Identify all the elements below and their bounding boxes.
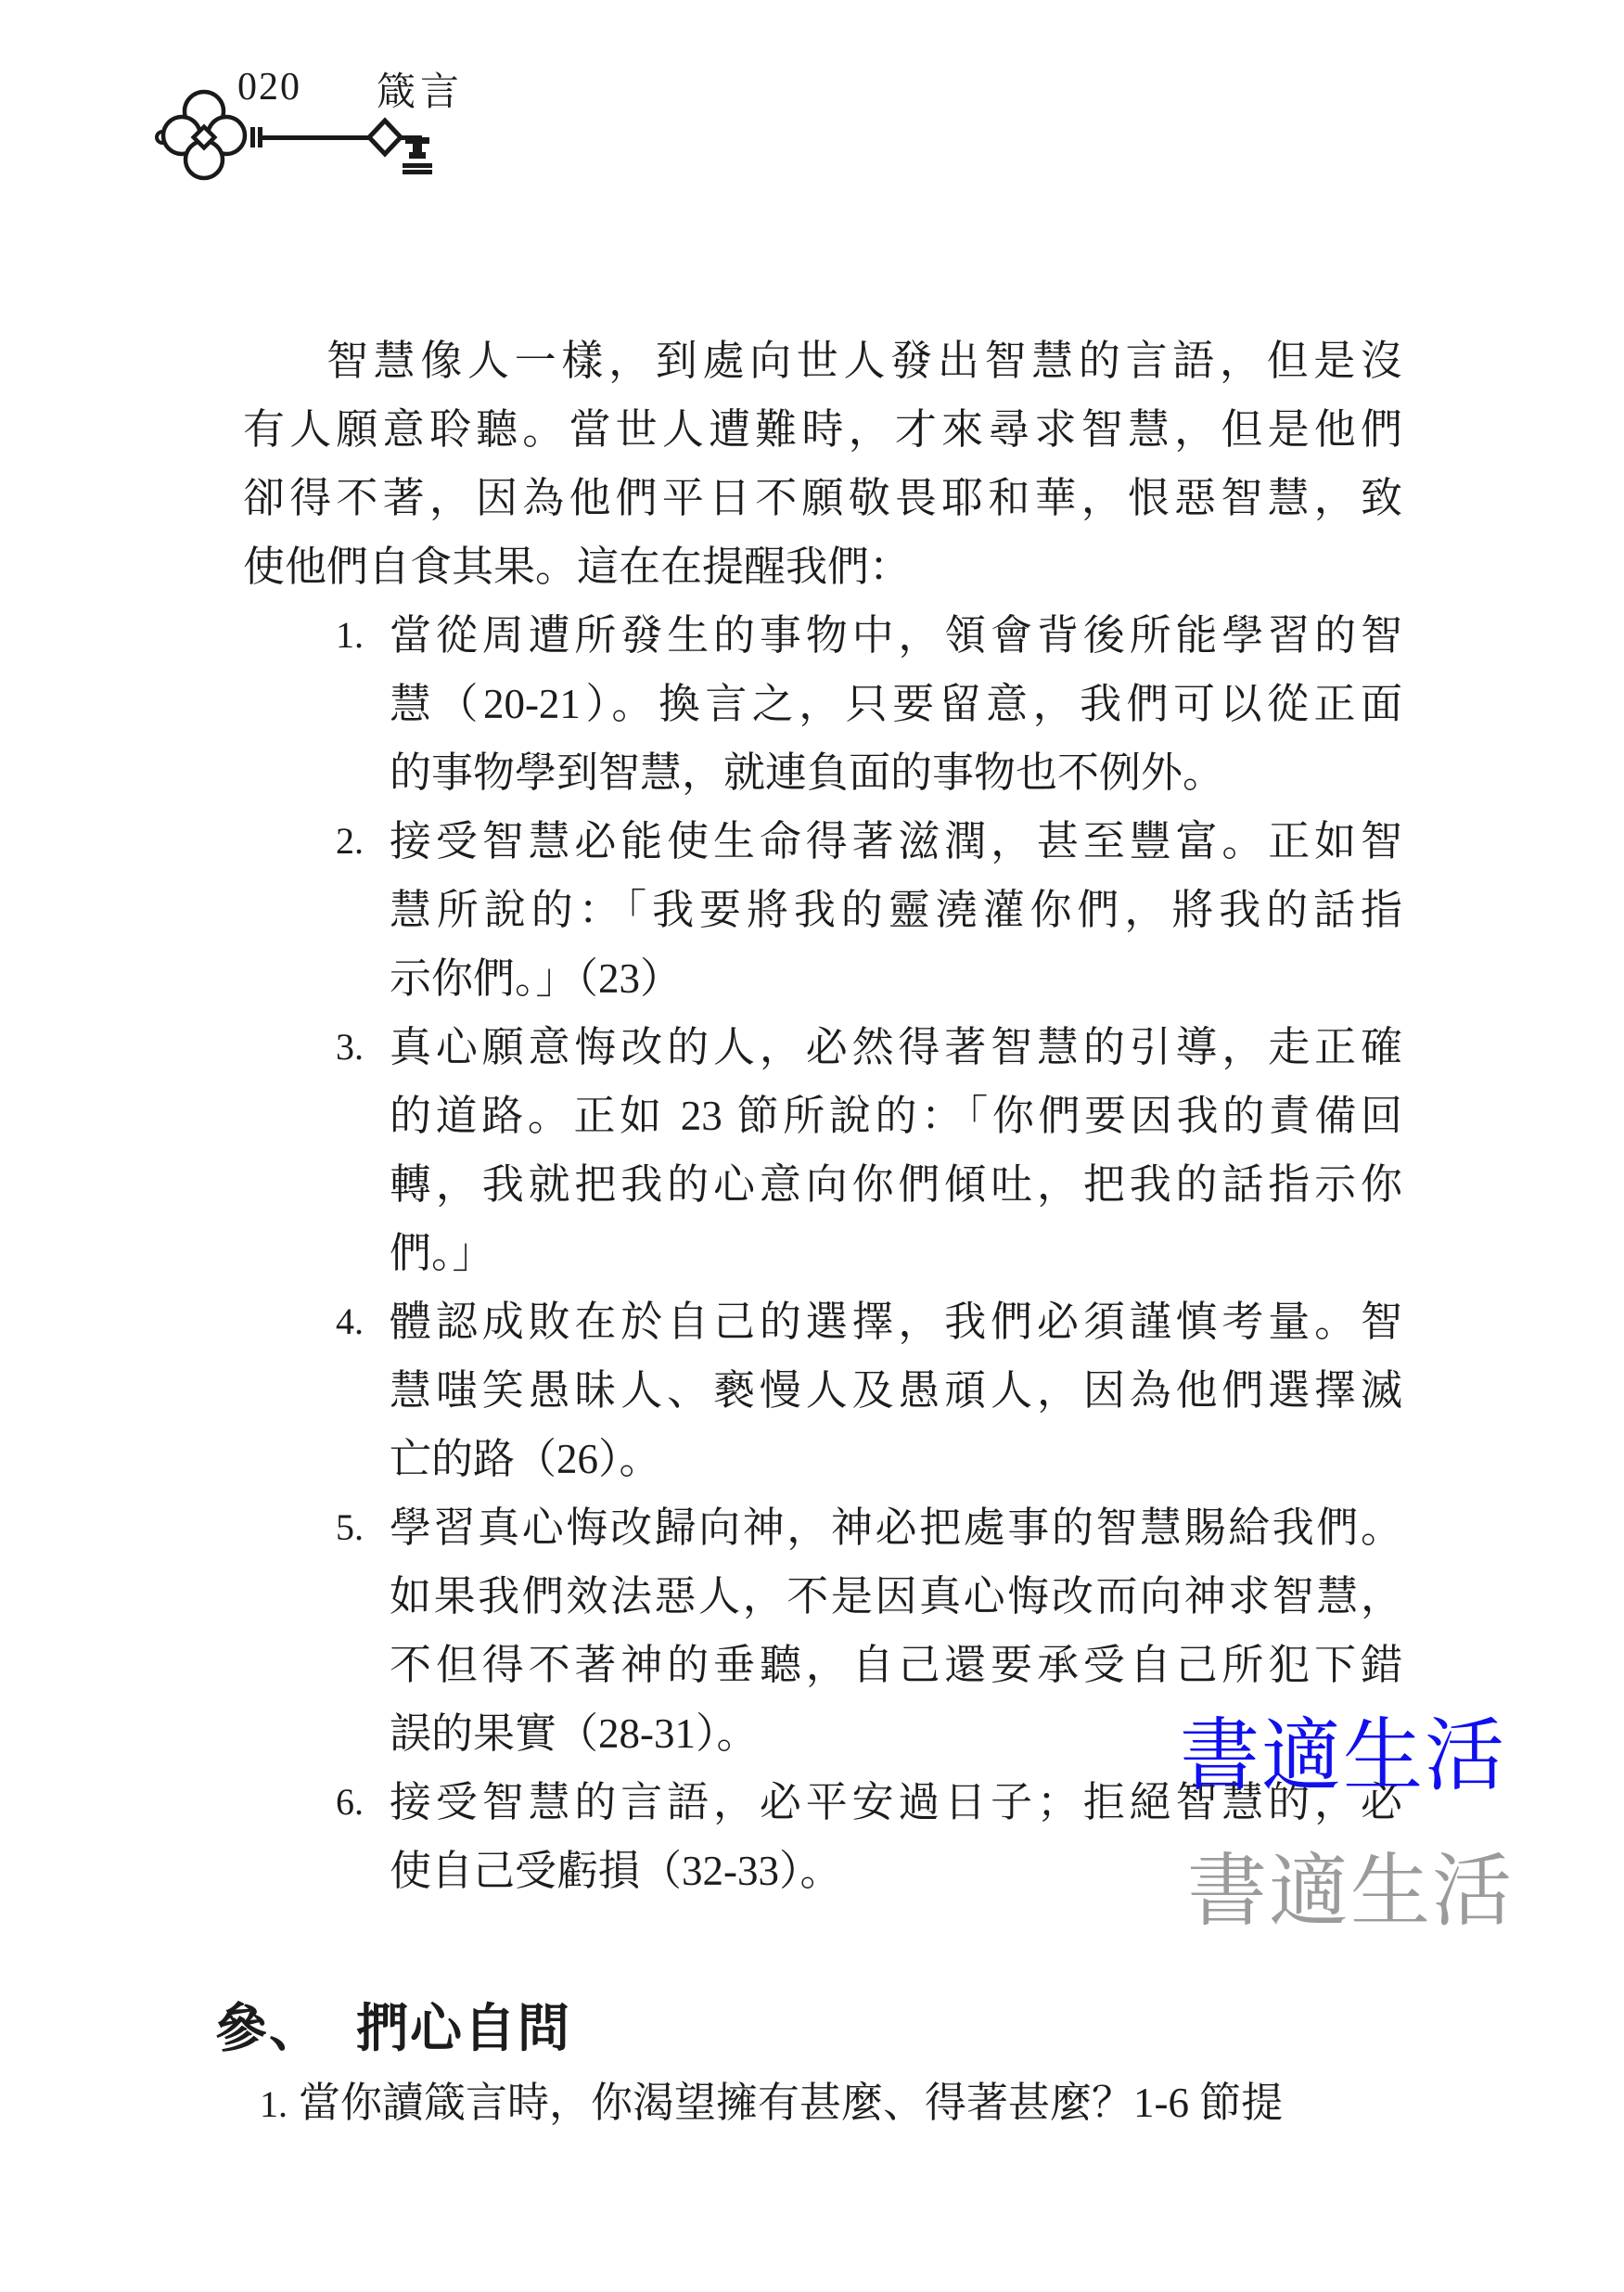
list-item-marker: 3. (336, 1013, 364, 1082)
list-item: 2. 接受智慧必能使生命得著滋潤，甚至豐富。正如智 慧所說的：「我要將我的靈澆灌… (390, 807, 1402, 1013)
list-item-line: 們。」 (390, 1219, 1402, 1287)
key-flower-ornament-icon (148, 76, 445, 187)
list-item-line: 慧（20-21）。換言之，只要留意，我們可以從正面 (390, 670, 1402, 738)
paragraph-line: 有人願意聆聽。當世人遭難時，才來尋求智慧，但是他們 (243, 395, 1402, 464)
list-item-line: 亡的路（26）。 (390, 1425, 1402, 1493)
watermark-blue: 書適生活 (1180, 1716, 1506, 1796)
paragraph-line: 卻得不著，因為他們平日不願敬畏耶和華，恨惡智慧，致 (243, 464, 1402, 532)
list-item-line: 的事物學到智慧，就連負面的事物也不例外。 (390, 738, 1402, 807)
watermark-gray: 書適生活 (1187, 1851, 1514, 1931)
section-title: 捫心自問 (356, 2001, 571, 2058)
section-heading: 參、捫心自問 (215, 1992, 1402, 2067)
question-item: 1.當你讀箴言時，你渴望擁有甚麼、得著甚麼？1-6 節提 (260, 2068, 1402, 2139)
list-item-line: 真心願意悔改的人，必然得著智慧的引導，走正確 (390, 1013, 1402, 1082)
list-item-line: 不但得不著神的垂聽，自己還要承受自己所犯下錯 (390, 1631, 1402, 1699)
paragraph-line: 使他們自食其果。這在在提醒我們： (243, 532, 1402, 601)
list-item-marker: 1. (336, 601, 364, 670)
list-item-line: 如果我們效法惡人，不是因真心悔改而向神求智慧， (390, 1562, 1402, 1631)
question-text: 當你讀箴言時，你渴望擁有甚麼、得著甚麼？1-6 節提 (299, 2080, 1283, 2126)
list-item-marker: 6. (336, 1768, 364, 1837)
list-item-line: 學習真心悔改歸向神，神必把處事的智慧賜給我們。 (390, 1493, 1402, 1562)
section-number: 參、 (215, 2001, 323, 2058)
list-item-line: 當從周遭所發生的事物中，領會背後所能學習的智 (390, 601, 1402, 670)
numbered-list: 1. 當從周遭所發生的事物中，領會背後所能學習的智 慧（20-21）。換言之，只… (390, 601, 1402, 1905)
intro-paragraph: 智慧像人一樣，到處向世人發出智慧的言語，但是沒 有人願意聆聽。當世人遭難時，才來… (243, 327, 1402, 601)
list-item-marker: 2. (336, 807, 364, 876)
list-item-line: 慧所說的：「我要將我的靈澆灌你們，將我的話指 (390, 876, 1402, 944)
paragraph-line: 智慧像人一樣，到處向世人發出智慧的言語，但是沒 (243, 327, 1402, 395)
list-item-marker: 4. (336, 1287, 364, 1356)
list-item-line: 接受智慧必能使生命得著滋潤，甚至豐富。正如智 (390, 807, 1402, 876)
list-item-line: 體認成敗在於自己的選擇，我們必須謹慎考量。智 (390, 1287, 1402, 1356)
list-item-marker: 5. (336, 1493, 364, 1562)
list-item-line: 的道路。正如 23 節所說的：「你們要因我的責備回 (390, 1082, 1402, 1150)
list-item: 4. 體認成敗在於自己的選擇，我們必須謹慎考量。智 慧嗤笑愚昧人、褻慢人及愚頑人… (390, 1287, 1402, 1493)
list-item-line: 慧嗤笑愚昧人、褻慢人及愚頑人，因為他們選擇滅 (390, 1356, 1402, 1425)
list-item: 1. 當從周遭所發生的事物中，領會背後所能學習的智 慧（20-21）。換言之，只… (390, 601, 1402, 807)
question-marker: 1. (260, 2083, 288, 2125)
list-item-line: 轉，我就把我的心意向你們傾吐，把我的話指示你 (390, 1150, 1402, 1219)
list-item: 3. 真心願意悔改的人，必然得著智慧的引導，走正確 的道路。正如 23 節所說的… (390, 1013, 1402, 1287)
book-page: 020 箴言 智慧像人一樣，到處向世 (0, 0, 1624, 2292)
list-item-line: 示你們。」（23） (390, 944, 1402, 1013)
